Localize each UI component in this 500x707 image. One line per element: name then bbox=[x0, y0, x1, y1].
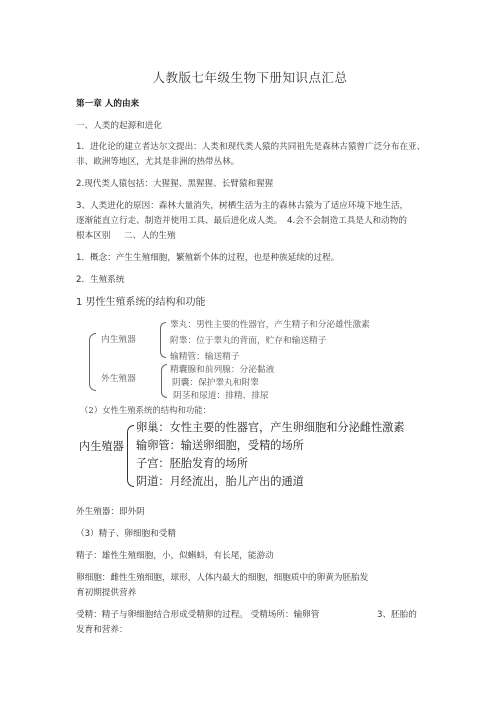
paragraph-egg-line1: 卵细胞：雌性生殖细胞，球形，人体内最大的细胞，细胞质中的卵黄为胚胎发 bbox=[76, 571, 368, 583]
section-heading-origin: 一、人类的起源和进化 bbox=[76, 119, 162, 131]
external-brace-icon bbox=[161, 364, 167, 398]
paragraph-tools-line2: 根本区别 bbox=[76, 229, 110, 241]
female-internal-item: 卵巢：女性主要的性器官，产生卵细胞和分泌雌性激素 bbox=[136, 419, 405, 435]
paragraph-evolution-line2: 逐渐能直立行走、制造并使用工具、最后进化成人类。 bbox=[76, 214, 282, 226]
male-external-label: 外生殖器 bbox=[101, 372, 136, 384]
male-external-item: 阴囊：保护睾丸和附睾 bbox=[172, 376, 259, 388]
paragraph-sperm: 精子：雄性生殖细胞，小，似蝌蚪，有长尾，能游动 bbox=[76, 549, 274, 561]
paragraph-evolution-line1: 3、人类进化的原因：森林大量消失，树栖生活为主的森林古猿为了适应环境下地生活， bbox=[76, 199, 408, 211]
outer-brace-icon bbox=[89, 333, 96, 391]
male-external-item: 精囊腺和前列腺：分泌黏液 bbox=[170, 363, 274, 375]
paragraph-darwin-line1: 1．进化论的建立者达尔文提出：人类和现代类人猿的共同祖先是森林古猿曾广泛分布在亚… bbox=[76, 140, 425, 152]
paragraph-fertilization-line2: 发育和营养： bbox=[76, 623, 128, 635]
female-internal-item: 子宫：胚胎发育的场所 bbox=[136, 455, 248, 471]
paragraph-tools: 4.会不会制造工具是人和动物的 bbox=[287, 214, 407, 226]
heading-embryo-development: 3、胚胎的 bbox=[377, 608, 417, 620]
male-internal-item: 附睾：位于睾丸的背面，贮存和输送精子 bbox=[170, 334, 326, 346]
male-internal-item: 睾丸：男性主要的性器官，产生精子和分泌雄性激素 bbox=[170, 318, 370, 330]
female-internal-item: 输卵管：输送卵细胞，受精的场所 bbox=[136, 437, 304, 453]
female-brace-icon bbox=[127, 425, 134, 487]
female-internal-item: 阴道：月经流出，胎儿产出的通道 bbox=[136, 473, 304, 489]
section-heading-reproduction: 二、人的生殖 bbox=[124, 229, 176, 241]
paragraph-apes: 2.现代类人猿包括：大猩猩、黑猩猩、长臂猿和猩猩 bbox=[76, 177, 273, 189]
document-title: 人教版七年级生物下册知识点汇总 bbox=[0, 68, 500, 86]
paragraph-concept: 1．概念：产生生殖细胞，繁殖新个体的过程，也是种族延续的过程。 bbox=[76, 251, 339, 263]
male-internal-label: 内生殖器 bbox=[101, 333, 136, 345]
paragraph-darwin-line2: 非、欧洲等地区，尤其是非洲的热带丛林。 bbox=[76, 155, 239, 167]
subsection-gametes-heading: （3）精子、卵细胞和受精 bbox=[76, 527, 176, 539]
paragraph-reproductive-system: 2．生殖系统 bbox=[76, 273, 124, 285]
male-external-item: 阴茎和尿道：排精、排尿 bbox=[173, 389, 269, 401]
paragraph-fertilization: 受精：精子与卵细胞结合形成受精卵的过程。 受精场所：输卵管 bbox=[76, 608, 319, 620]
female-external-organs: 外生殖器：即外阴 bbox=[76, 505, 145, 517]
female-internal-label: 内生殖器 bbox=[79, 438, 124, 454]
internal-brace-icon bbox=[160, 322, 166, 358]
chapter-heading: 第一章 人的由来 bbox=[76, 97, 139, 109]
female-system-heading: （2）女性生殖系统的结构和功能： bbox=[80, 404, 211, 416]
male-internal-item: 输精管：输送精子 bbox=[170, 350, 240, 362]
male-system-heading: 1 男性生殖系统的结构和功能 bbox=[76, 293, 206, 308]
paragraph-egg-line2: 育初期提供营养 bbox=[76, 586, 136, 598]
